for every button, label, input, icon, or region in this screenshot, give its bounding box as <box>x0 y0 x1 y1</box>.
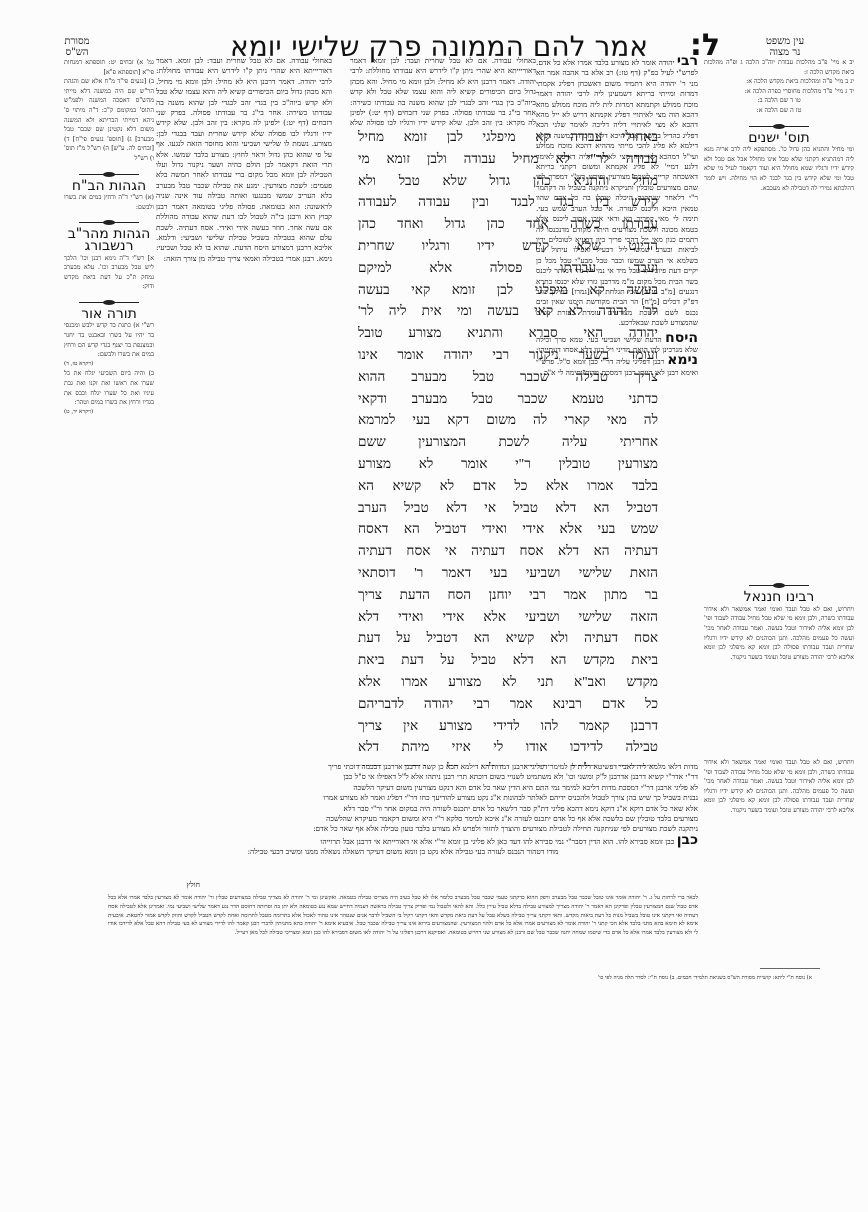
gemara-line: הזאת שלישי ושביעי בעי דאמר ר' דוסתאי <box>358 562 658 584</box>
hagahot-habach-title: הגהות הב"ח <box>64 182 154 192</box>
gemara-line: דטביל הא דלא טביל אי דלא טביל הערב <box>358 497 658 519</box>
gemara-line: אחריתי עליה לשכת המצורעין ששם <box>358 431 658 453</box>
gemara-line: ביאת מקדש הא דלא טביל על דעת ביאת <box>358 649 658 671</box>
ein-mishpat-label: עין משפט נר מצוה <box>750 36 820 58</box>
torah-or-title: תורה אור <box>64 310 154 320</box>
ein-mishpat-entry: יג ב מיי' פ"ה ומהלכות ביאת מקדש הלכה א: <box>704 77 854 87</box>
gemara-line: לר' יהודה לא קאי בעשה ומי אית ליה לר' <box>358 300 658 322</box>
gemara-line: אסח דעתיה ולא קשיא הא דטביל על דעת <box>358 627 658 649</box>
ein-mishpat-entry: טז ה שם הלכה א: <box>704 106 854 116</box>
tosafot-yeshanim-text: ומי מחיל והתניא כהן גדול כו'. מסתפקא ליה… <box>704 145 854 575</box>
gemara-line: הדיוט שלא קידש ידיו ורגליו שחרית <box>358 235 658 257</box>
talmud-page: עין משפט נר מצוה ל: אמר להם הממונה פרק ש… <box>0 0 868 1212</box>
ein-mishpat-section: יב א מיי' פ"ב מהלכות עבודת יוה"כ הלכה ג … <box>704 58 854 116</box>
gemara-line: בר מתון אמר רבי יוחנן הסח הדעת צריך <box>358 584 658 606</box>
gemara-line: באחולי עבודה קא מיפלגי לבן זומא מחיל <box>358 126 658 148</box>
bottom-commentary: לכאר ברי לרחות על ג. ר' יהודה אומר אינו … <box>108 894 698 974</box>
ornament-divider-icon <box>749 124 809 130</box>
tosafot-opening-word: רבי <box>677 56 698 69</box>
tosafot-bottom-end: חולץ <box>160 880 200 892</box>
rabbeinu-chananel-text: ויחרוש, ואם לא טבל ועבד ואומי ואמר אמשאר… <box>704 605 854 663</box>
gemara-line: כדתני טעמא שכבר טבל מבערב ודקאי <box>358 388 658 410</box>
ornament-divider-icon <box>79 220 139 226</box>
torah-or-entry: ב) והיה ביום השביעי יגלח את כל שערו את ר… <box>64 369 154 407</box>
gemara-line: מצורעין טובלין ר"י אומר לא מצורע <box>358 453 658 475</box>
ornament-divider-icon <box>749 583 809 589</box>
footnote: א) נוסח ת"י ליתא: קושיית מסורת הש"ס בשגי… <box>312 974 812 983</box>
gemara-line: עבודתו כשרה אחד כהן גדול ואחד כהן <box>358 213 658 235</box>
tosafot-bottom-line: מודו דטהור הנכנס לעזרה בעי טבילה אלא נקט… <box>108 847 698 857</box>
gemara-line: דעתיה הא דלא אסח דעתיה אי אסח דעתיה <box>358 540 658 562</box>
ornament-divider-icon <box>79 300 139 306</box>
gemara-line: צריך טבילה שכבר טבל מבערב ההוא <box>358 366 658 388</box>
rabbeinu-chananel-continued: ויחרוש, ואם לא טבל ועבד ואומי ואמר אמשאר… <box>704 758 854 1008</box>
masoret-text: גמ' א) זבחים יט: תוספתא דמנחות פי"א [תוס… <box>64 58 154 77</box>
gemara-line: ועומד בשער ניקנור רבי יהודה אומר אינו <box>358 344 658 366</box>
torah-or-ref: (ויקרא יד, ט) <box>64 408 154 418</box>
tosafot-bottom: מדות דלאו מלמא ליה לאביי דפשיטא דלית לן … <box>108 762 698 880</box>
ornament-divider-icon <box>79 172 139 178</box>
tosafot-bottom-line: אלא שאר כל אדם דוקא א"נ דוקא נימא דהכא פ… <box>108 804 698 814</box>
gemara-line: לה מאי קארי לה משום דקא בעי למרמא <box>358 409 658 431</box>
tosafot-bottom-line: לא פליגי ארבנן דר"י דמסכת מדות דליכא למי… <box>108 783 698 793</box>
gemara-line: בלבד אמרו אלא כל אדם לא קשיא הא <box>358 475 658 497</box>
masoret-text: ב) [נגעים פי"ד מ"ח אלא שם והגהת הר"ש שם … <box>64 77 154 163</box>
torah-or-ref: (ויקרא טז, ד) <box>64 360 154 370</box>
hagahot-maharab-subtitle: רנשבורג <box>64 242 154 252</box>
torah-or-entry: רש"י א) כתנת בד קדש ילבש ומכנסי בד יהיו … <box>64 321 154 359</box>
hagahot-maharab-text: א] רש"י ד"ה נימא רבנן וכו' הלכך ליש טבל … <box>64 254 154 292</box>
tosafot-bottom-line: ניתקנה לשכת מצורעים לפי שניתקנה תחילה לט… <box>108 824 698 834</box>
gemara-line: בעשה קא מיפלגי לבן זומא קאי בעשה <box>358 279 658 301</box>
gemara-line: דרבנן קאמר להו לדידי מצורע אין צריך <box>358 715 658 737</box>
ein-mishpat-entry: יד ג מיי' פ"ד מהלכות מחוסרי כפרה הלכה א: <box>704 87 854 97</box>
gemara-line: מקדש ואב"א תני לא מצורע אמרו אלא <box>358 671 658 693</box>
left-margin-column: גמ' א) זבחים יט: תוספתא דמנחות פי"א [תוס… <box>64 58 154 498</box>
gemara-line: יהודה האי סברא והתניא מצורע טובל <box>358 322 658 344</box>
gemara-line: כל אדם רבינא אמר רבי יהודה לדבריהם <box>358 693 658 715</box>
gemara-line: ועבד עבודתו פסולה אלא למיקם <box>358 257 658 279</box>
tosafot-bottom-line: דר"י אדר"י קשיא דרבנן אדרבנן ל"ק ומשני ו… <box>108 772 698 782</box>
gemara-line: טבילה לדידכו אודו לי איזי מיהת דלא <box>358 736 658 758</box>
tosafot-bottom-line: כבן כבן זומא סבירא להו. הוא הדין דסבר"י … <box>108 835 698 847</box>
rashi-column: באחולי עבודה. אם לא טבל שחרית ועבד: לבן … <box>156 56 332 762</box>
tosafot-bottom-line: נבנית בשביל כך שיש בהן צורך לטבול ולהכני… <box>108 793 698 803</box>
gemara-line: מחיל והתניא כהן גדול שלא טבל ולא <box>358 170 658 192</box>
gemara-line: הזאה שלישי ושביעי אלא אידי ואידי דלא <box>358 606 658 628</box>
tosafot-bottom-line: מצורעים בלבד טובלין שם בלשכה אלא אף כל א… <box>108 814 698 824</box>
rashi-top: באחולי עבודה. אם לא טבל שחרית ועבד: לבן … <box>350 56 536 126</box>
masoret-label: מסורת הש"ס <box>42 36 112 58</box>
gemara-line: עבודה לר"י לא מחיל עבודה ולבן זומא מי <box>358 148 658 170</box>
footnote-rule <box>760 968 820 969</box>
gemara-column: באחולי עבודה קא מיפלגי לבן זומא מחיל עבו… <box>358 126 658 766</box>
gemara-line: שמש בעי אלא אידי ואידי דטביל הא דאסח <box>358 518 658 540</box>
tosafot-yeshanim-title: תוס' ישנים <box>704 134 854 144</box>
rabbeinu-chananel-title: רבינו חננאל <box>704 593 854 603</box>
page-header: עין משפט נר מצוה ל: אמר להם הממונה פרק ש… <box>0 20 868 58</box>
gemara-line: קידש בין בגד לבגד ובין עבודה לעבודה <box>358 191 658 213</box>
hagahot-habach-text: (א) רש"י ד"ה ורחץ במים את בשרו ולבשם: <box>64 193 154 212</box>
ein-mishpat-entry: יב א מיי' פ"ב מהלכות עבודת יוה"כ הלכה ג … <box>704 58 854 77</box>
right-margin-column: יב א מיי' פ"ב מהלכות עבודת יוה"כ הלכה ג … <box>704 58 854 758</box>
ein-mishpat-entry: טו ד שם הלכה ב: <box>704 96 854 106</box>
tosafot-bottom-line: מדות דלאו מלמא ליה לאביי דפשיטא דלית לן … <box>108 762 698 772</box>
